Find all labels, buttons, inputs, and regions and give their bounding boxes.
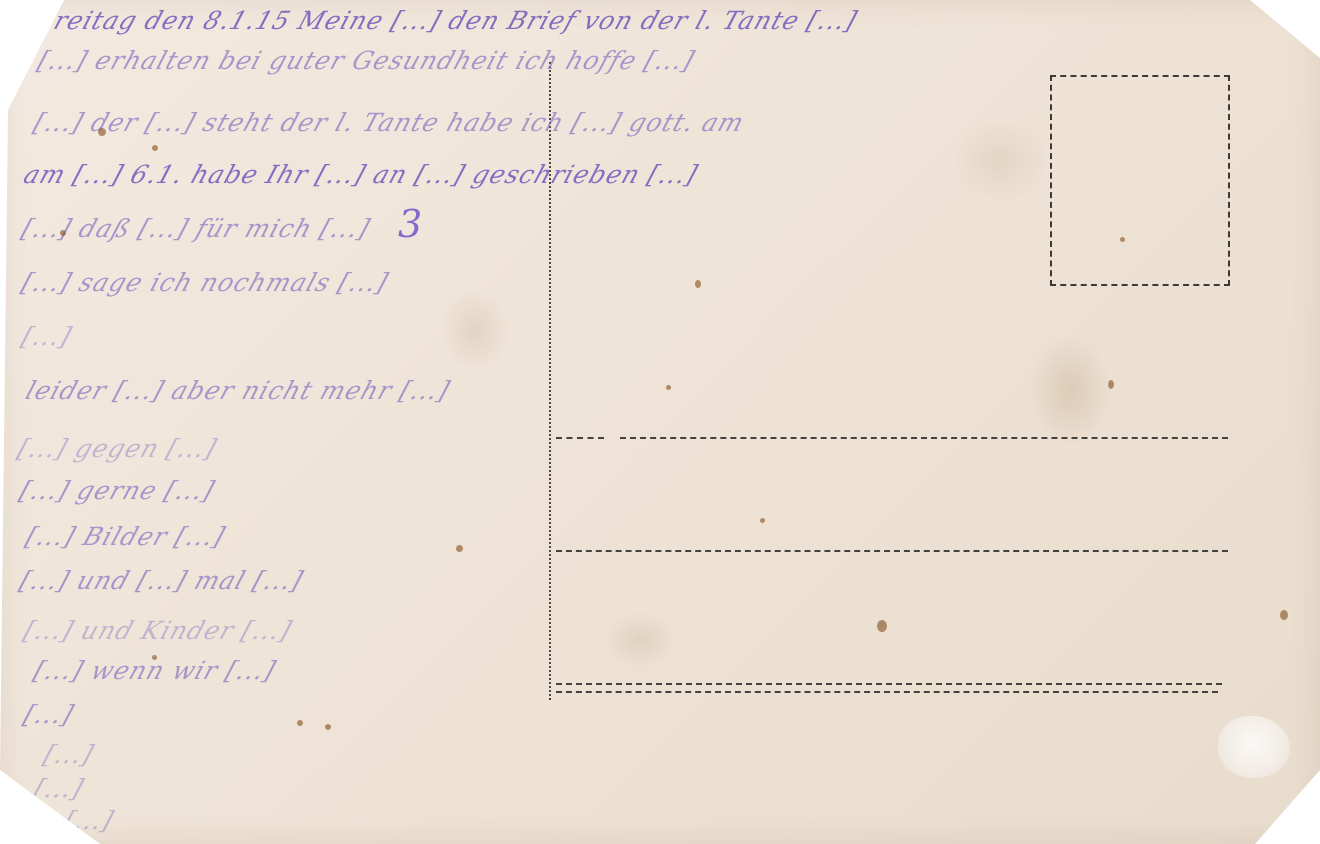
foxing-stain bbox=[60, 230, 66, 236]
handwritten-date-line: Freitag den 8.1.15 Meine [...] den Brief… bbox=[32, 6, 861, 35]
handwritten-line: [...] erhalten bei guter Gesundheit ich … bbox=[34, 46, 698, 75]
handwritten-line: [...] wenn wir [...] bbox=[30, 656, 280, 685]
foxing-stain bbox=[152, 655, 157, 660]
handwritten-line: [...] bbox=[20, 700, 78, 729]
foxing-stain bbox=[666, 385, 671, 390]
handwritten-line: [...] und Kinder [...] bbox=[20, 616, 296, 645]
address-line-1a bbox=[556, 437, 604, 439]
address-line-3a bbox=[556, 683, 1222, 685]
address-line-2 bbox=[556, 550, 1228, 552]
handwritten-line: [...] bbox=[60, 806, 118, 835]
handwritten-line: [...] bbox=[40, 740, 98, 769]
printed-divider-line bbox=[549, 62, 551, 700]
foxing-stain bbox=[98, 128, 106, 136]
foxing-stain bbox=[152, 145, 158, 151]
foxing-stain bbox=[1120, 237, 1125, 242]
handwritten-line: [...] daß [...] für mich [...] bbox=[18, 214, 374, 243]
handwritten-line: [...] und [...] mal [...] bbox=[16, 566, 307, 595]
handwritten-line: am [...] 6.1. habe Ihr [...] an [...] ge… bbox=[20, 160, 702, 189]
foxing-stain bbox=[1108, 380, 1114, 389]
foxing-stain bbox=[877, 620, 887, 632]
handwritten-line: [...] Bilder [...] bbox=[22, 522, 229, 551]
foxing-stain bbox=[325, 724, 331, 730]
handwritten-line: [...] bbox=[18, 322, 76, 351]
foxing-stain bbox=[456, 545, 463, 552]
foxing-stain bbox=[760, 518, 765, 523]
worn-paper-patch bbox=[1218, 716, 1290, 778]
handwritten-numeral: 3 bbox=[398, 202, 422, 246]
handwritten-line: leider [...] aber nicht mehr [...] bbox=[22, 376, 454, 405]
postcard: Freitag den 8.1.15 Meine [...] den Brief… bbox=[0, 0, 1320, 844]
handwritten-line: [...] gegen [...] bbox=[14, 434, 221, 463]
handwritten-line: [...] bbox=[30, 774, 88, 803]
address-line-3b bbox=[556, 691, 1218, 693]
stamp-box bbox=[1050, 75, 1230, 286]
handwritten-line: [...] sage ich nochmals [...] bbox=[18, 268, 392, 297]
foxing-stain bbox=[1280, 610, 1288, 620]
foxing-stain bbox=[695, 280, 701, 288]
foxing-stain bbox=[297, 720, 303, 726]
handwritten-line: [...] der [...] steht der l. Tante habe … bbox=[30, 108, 748, 137]
address-line-1b bbox=[620, 437, 1228, 439]
handwritten-line: [...] gerne [...] bbox=[16, 476, 219, 505]
